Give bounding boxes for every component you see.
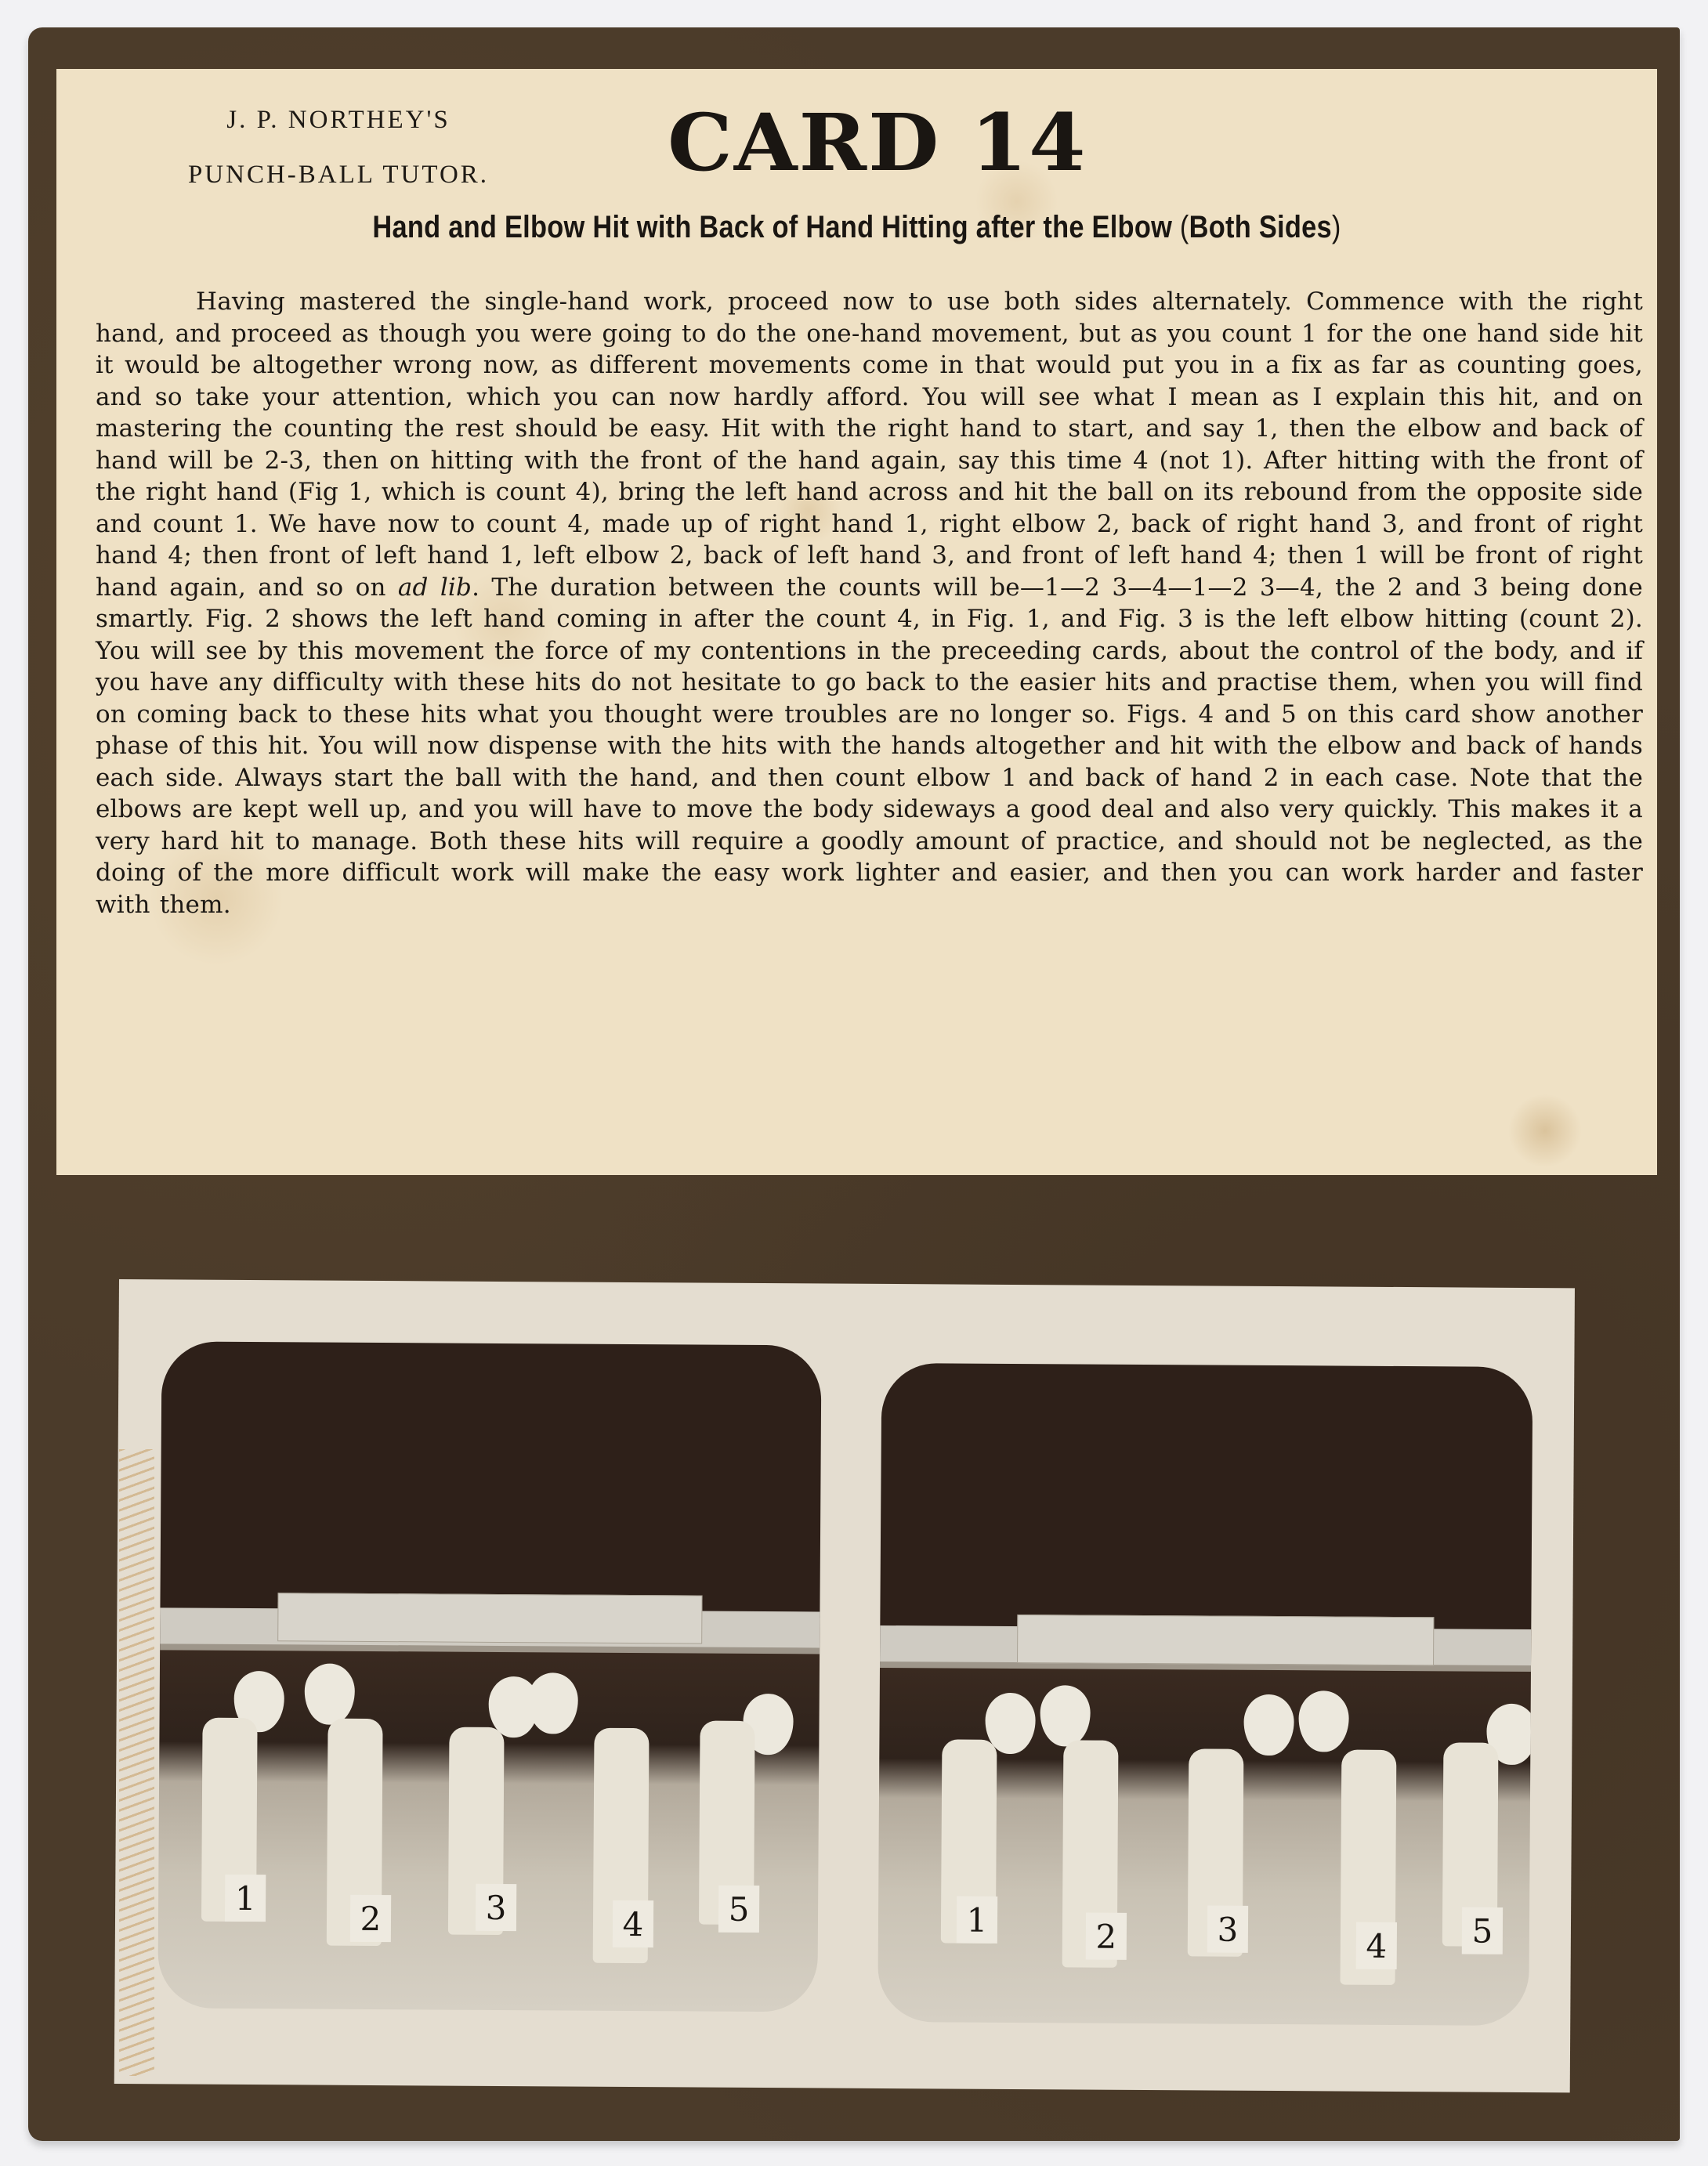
stereograph-card: 1 2 3 4 5 1 2 3 4 5	[114, 1279, 1575, 2092]
card-subtitle: Hand and Elbow Hit with Back of Hand Hit…	[168, 210, 1545, 245]
publisher-name: J. P. NORTHEY'S PUNCH-BALL TUTOR.	[135, 92, 542, 202]
placard-4: 4	[613, 1900, 653, 1947]
placard-5: 5	[718, 1886, 759, 1933]
placard-5: 5	[1462, 1907, 1503, 1954]
placard-1: 1	[957, 1897, 997, 1944]
text-card: J. P. NORTHEY'S PUNCH-BALL TUTOR. CARD 1…	[56, 69, 1657, 1175]
placard-1: 1	[225, 1875, 266, 1922]
placard-4: 4	[1356, 1922, 1397, 1969]
punch-ball-icon	[1243, 1694, 1294, 1756]
subtitle-paren-close: )	[1332, 210, 1341, 244]
foxing-damage	[119, 1449, 154, 2076]
placard-3: 3	[476, 1884, 516, 1931]
placard-3: 3	[1207, 1906, 1248, 1953]
beam-platform	[277, 1593, 702, 1643]
paragraph-italic-ad-lib: ad lib	[398, 573, 472, 602]
punch-ball-icon	[1040, 1685, 1090, 1746]
subtitle-paren-open: (	[1180, 210, 1189, 244]
punch-ball-icon	[305, 1663, 355, 1724]
beam-platform	[1017, 1615, 1434, 1665]
publisher-line-2: PUNCH-BALL TUTOR.	[135, 147, 542, 202]
subtitle-sides: Both Sides	[1189, 210, 1332, 244]
paragraph-part-1: Having mastered the single-hand work, pr…	[96, 287, 1643, 602]
card-title: CARD 14	[668, 96, 1087, 189]
instruction-paragraph: Having mastered the single-hand work, pr…	[96, 286, 1643, 920]
paragraph-part-2: . The duration between the counts will b…	[96, 573, 1643, 919]
stereo-photo-left: 1 2 3 4 5	[157, 1341, 821, 2012]
punch-ball-icon	[527, 1672, 577, 1734]
subtitle-main: Hand and Elbow Hit with Back of Hand Hit…	[372, 210, 1172, 244]
placard-2: 2	[1086, 1913, 1127, 1960]
punch-ball-icon	[1298, 1690, 1348, 1752]
placard-2: 2	[350, 1895, 391, 1942]
stereo-photo-right: 1 2 3 4 5	[878, 1363, 1532, 2026]
publisher-line-1: J. P. NORTHEY'S	[135, 92, 542, 147]
